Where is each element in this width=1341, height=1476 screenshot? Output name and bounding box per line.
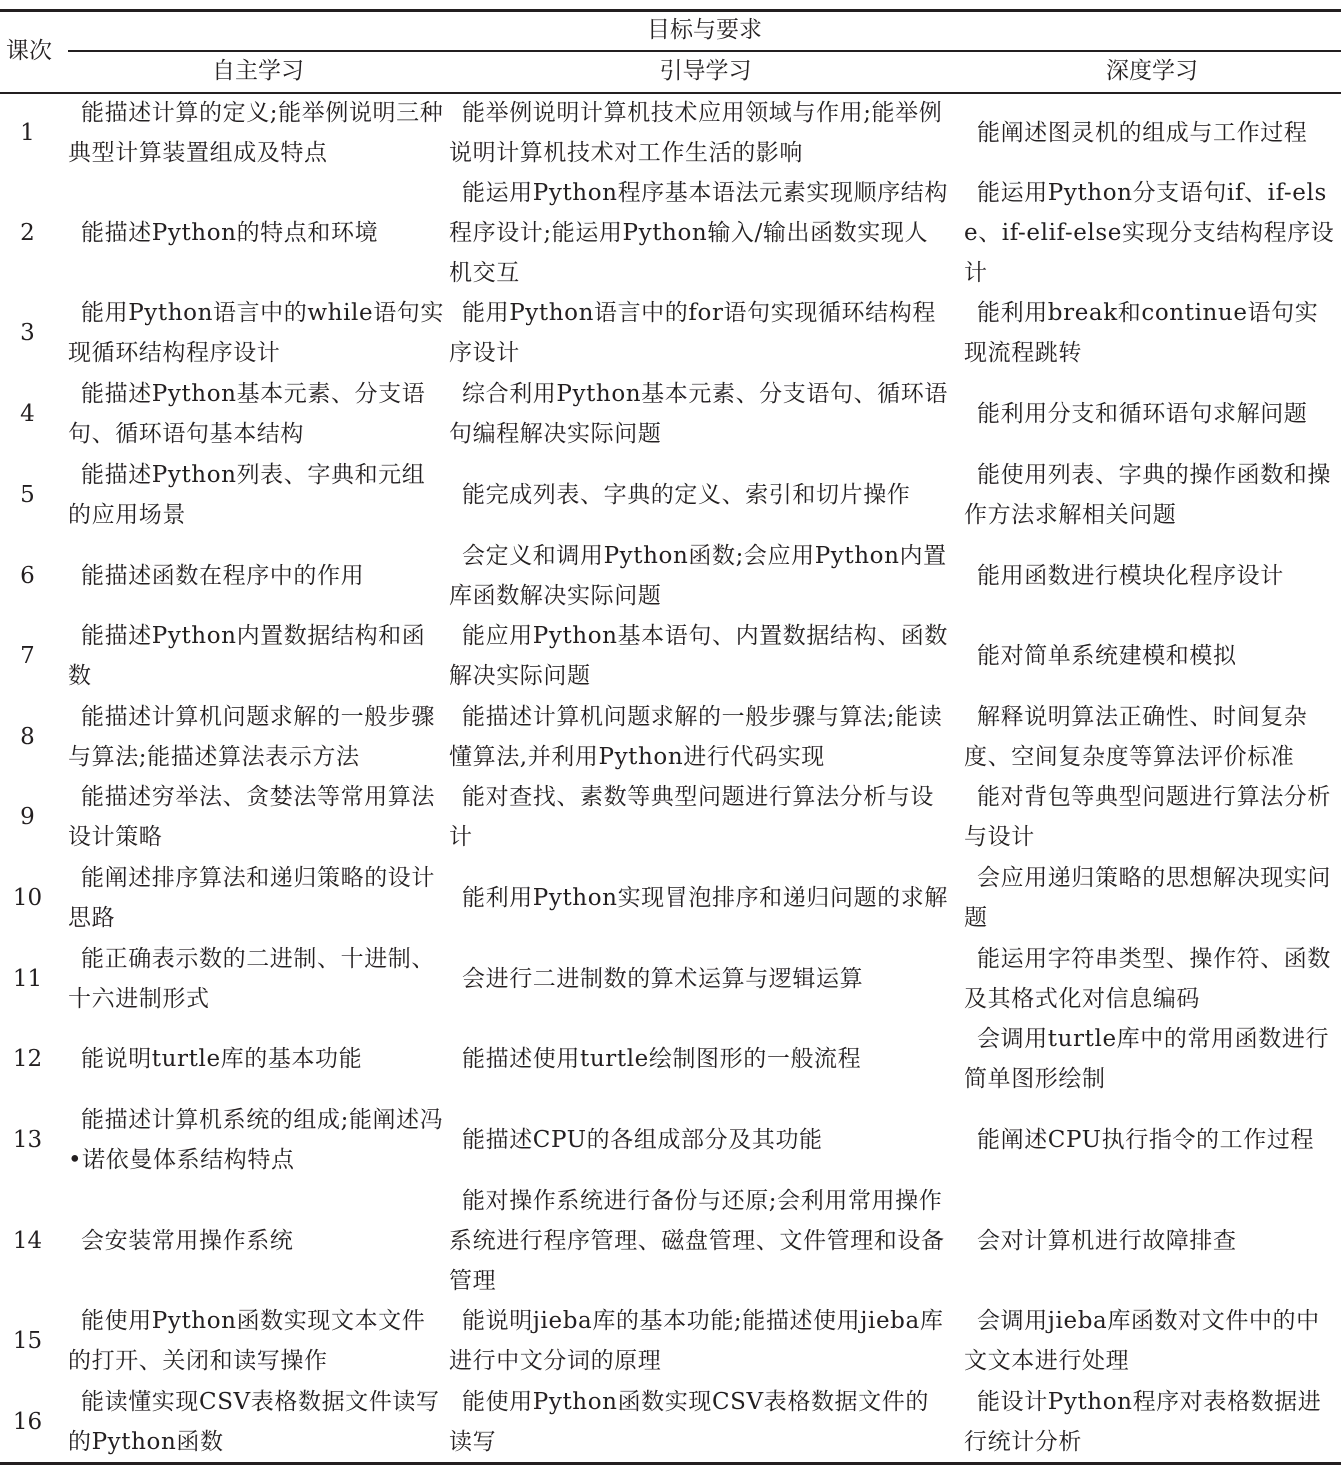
deep-study-cell: 能对简单系统建模和模拟 — [964, 616, 1336, 696]
deep-study-cell: 会应用递归策略的思想解决现实问题 — [964, 857, 1336, 938]
deep-study-cell: 能利用break和continue语句实现流程跳转 — [964, 293, 1336, 373]
self-study-cell-text: 能描述Python列表、字典和元组的应用场景 — [68, 455, 446, 535]
lesson-number: 11 — [0, 938, 55, 1019]
self-study-cell-text: 能读懂实现CSV表格数据文件读写的Python函数 — [68, 1382, 446, 1462]
deep-study-cell: 能运用字符串类型、操作符、函数及其格式化对信息编码 — [964, 938, 1336, 1019]
header-deep-study: 深度学习 — [963, 51, 1341, 91]
guided-study-cell-text: 会定义和调用Python函数;会应用Python内置库函数解决实际问题 — [449, 536, 951, 616]
lesson-number: 8 — [0, 696, 55, 777]
deep-study-cell: 能设计Python程序对表格数据进行统计分析 — [964, 1381, 1336, 1462]
self-study-cell: 会安装常用操作系统 — [68, 1180, 446, 1301]
self-study-cell-text: 能阐述排序算法和递归策略的设计思路 — [68, 858, 446, 938]
deep-study-cell-text: 能用函数进行模块化程序设计 — [964, 556, 1284, 596]
deep-study-cell-text: 能对简单系统建模和模拟 — [964, 636, 1237, 676]
deep-study-cell: 会调用jieba库函数对文件中的中文文本进行处理 — [964, 1301, 1336, 1381]
guided-study-cell: 能描述计算机问题求解的一般步骤与算法;能读懂算法,并利用Python进行代码实现 — [449, 696, 951, 777]
self-study-cell-text: 能描述函数在程序中的作用 — [68, 556, 364, 596]
lesson-number: 12 — [0, 1019, 55, 1099]
self-study-cell-text: 能使用Python函数实现文本文件的打开、关闭和读写操作 — [68, 1301, 446, 1381]
self-study-cell-text: 能描述计算的定义;能举例说明三种典型计算装置组成及特点 — [68, 93, 446, 173]
guided-study-cell: 能完成列表、字典的定义、索引和切片操作 — [449, 454, 951, 535]
guided-study-cell-text: 能使用Python函数实现CSV表格数据文件的读写 — [449, 1382, 951, 1462]
lesson-number: 6 — [0, 535, 55, 616]
deep-study-cell-text: 能利用分支和循环语句求解问题 — [964, 394, 1307, 434]
guided-study-cell-text: 能描述CPU的各组成部分及其功能 — [449, 1120, 823, 1160]
guided-study-cell: 能说明jieba库的基本功能;能描述使用jieba库进行中文分词的原理 — [449, 1301, 951, 1381]
self-study-cell: 能描述函数在程序中的作用 — [68, 535, 446, 616]
deep-study-cell: 会调用turtle库中的常用函数进行简单图形绘制 — [964, 1019, 1336, 1099]
self-study-cell: 能描述计算机问题求解的一般步骤与算法;能描述算法表示方法 — [68, 696, 446, 777]
header-group-title: 目标与要求 — [68, 10, 1341, 50]
self-study-cell: 能说明turtle库的基本功能 — [68, 1019, 446, 1099]
self-study-cell-text: 能描述Python基本元素、分支语句、循环语句基本结构 — [68, 374, 446, 454]
self-study-cell-text: 能描述计算机系统的组成;能阐述冯•诺依曼体系结构特点 — [68, 1100, 446, 1180]
deep-study-cell-text: 能对背包等典型问题进行算法分析与设计 — [964, 777, 1336, 857]
self-study-cell: 能描述穷举法、贪婪法等常用算法设计策略 — [68, 777, 446, 857]
deep-study-cell-text: 能设计Python程序对表格数据进行统计分析 — [964, 1382, 1336, 1462]
self-study-cell: 能正确表示数的二进制、十进制、十六进制形式 — [68, 938, 446, 1019]
deep-study-cell-text: 会应用递归策略的思想解决现实问题 — [964, 858, 1336, 938]
lesson-number: 15 — [0, 1301, 55, 1381]
guided-study-cell: 能利用Python实现冒泡排序和递归问题的求解 — [449, 857, 951, 938]
self-study-cell: 能描述Python列表、字典和元组的应用场景 — [68, 454, 446, 535]
deep-study-cell-text: 能阐述图灵机的组成与工作过程 — [964, 113, 1307, 153]
lesson-number: 4 — [0, 373, 55, 454]
guided-study-cell: 能对查找、素数等典型问题进行算法分析与设计 — [449, 777, 951, 857]
self-study-cell: 能描述Python基本元素、分支语句、循环语句基本结构 — [68, 373, 446, 454]
deep-study-cell-text: 能利用break和continue语句实现流程跳转 — [964, 293, 1336, 373]
guided-study-cell: 能对操作系统进行备份与还原;会利用常用操作系统进行程序管理、磁盘管理、文件管理和… — [449, 1180, 951, 1301]
deep-study-cell: 能阐述CPU执行指令的工作过程 — [964, 1099, 1336, 1180]
deep-study-cell-text: 能运用字符串类型、操作符、函数及其格式化对信息编码 — [964, 939, 1336, 1019]
guided-study-cell-text: 会进行二进制数的算术运算与逻辑运算 — [449, 959, 863, 999]
self-study-cell-text: 能用Python语言中的while语句实现循环结构程序设计 — [68, 293, 446, 373]
self-study-cell: 能描述Python的特点和环境 — [68, 173, 446, 293]
lesson-number: 3 — [0, 293, 55, 373]
deep-study-cell-text: 会对计算机进行故障排查 — [964, 1221, 1237, 1261]
guided-study-cell: 会定义和调用Python函数;会应用Python内置库函数解决实际问题 — [449, 535, 951, 616]
guided-study-cell-text: 综合利用Python基本元素、分支语句、循环语句编程解决实际问题 — [449, 374, 951, 454]
self-study-cell: 能描述Python内置数据结构和函数 — [68, 616, 446, 696]
lesson-number: 13 — [0, 1099, 55, 1180]
deep-study-cell: 解释说明算法正确性、时间复杂度、空间复杂度等算法评价标准 — [964, 696, 1336, 777]
deep-study-cell-text: 会调用turtle库中的常用函数进行简单图形绘制 — [964, 1019, 1336, 1099]
self-study-cell: 能使用Python函数实现文本文件的打开、关闭和读写操作 — [68, 1301, 446, 1381]
self-study-cell-text: 能描述Python的特点和环境 — [68, 213, 378, 253]
lesson-number: 7 — [0, 616, 55, 696]
deep-study-cell: 会对计算机进行故障排查 — [964, 1180, 1336, 1301]
deep-study-cell: 能阐述图灵机的组成与工作过程 — [964, 93, 1336, 173]
deep-study-cell: 能运用Python分支语句if、if-else、if-elif-else实现分支… — [964, 173, 1336, 293]
guided-study-cell: 能描述使用turtle绘制图形的一般流程 — [449, 1019, 951, 1099]
self-study-cell: 能用Python语言中的while语句实现循环结构程序设计 — [68, 293, 446, 373]
lesson-number: 5 — [0, 454, 55, 535]
guided-study-cell-text: 能举例说明计算机技术应用领域与作用;能举例说明计算机技术对工作生活的影响 — [449, 93, 951, 173]
guided-study-cell-text: 能运用Python程序基本语法元素实现顺序结构程序设计;能运用Python输入/… — [449, 173, 951, 293]
lesson-number: 16 — [0, 1381, 55, 1462]
guided-study-cell: 能用Python语言中的for语句实现循环结构程序设计 — [449, 293, 951, 373]
guided-study-cell-text: 能对操作系统进行备份与还原;会利用常用操作系统进行程序管理、磁盘管理、文件管理和… — [449, 1181, 951, 1301]
guided-study-cell: 能举例说明计算机技术应用领域与作用;能举例说明计算机技术对工作生活的影响 — [449, 93, 951, 173]
lesson-number: 14 — [0, 1180, 55, 1301]
guided-study-cell-text: 能描述使用turtle绘制图形的一般流程 — [449, 1039, 861, 1079]
header-guided-study: 引导学习 — [448, 51, 963, 91]
deep-study-cell: 能利用分支和循环语句求解问题 — [964, 373, 1336, 454]
guided-study-cell-text: 能应用Python基本语句、内置数据结构、函数解决实际问题 — [449, 616, 951, 696]
guided-study-cell: 能应用Python基本语句、内置数据结构、函数解决实际问题 — [449, 616, 951, 696]
self-study-cell: 能描述计算的定义;能举例说明三种典型计算装置组成及特点 — [68, 93, 446, 173]
lesson-number: 1 — [0, 93, 55, 173]
header-self-study: 自主学习 — [68, 51, 448, 91]
self-study-cell-text: 能描述Python内置数据结构和函数 — [68, 616, 446, 696]
guided-study-cell-text: 能说明jieba库的基本功能;能描述使用jieba库进行中文分词的原理 — [449, 1301, 951, 1381]
lesson-number: 9 — [0, 777, 55, 857]
deep-study-cell-text: 会调用jieba库函数对文件中的中文文本进行处理 — [964, 1301, 1336, 1381]
deep-study-cell: 能对背包等典型问题进行算法分析与设计 — [964, 777, 1336, 857]
deep-study-cell-text: 能使用列表、字典的操作函数和操作方法求解相关问题 — [964, 455, 1336, 535]
bottom-rule — [0, 1462, 1341, 1465]
guided-study-cell: 能描述CPU的各组成部分及其功能 — [449, 1099, 951, 1180]
self-study-cell-text: 能描述穷举法、贪婪法等常用算法设计策略 — [68, 777, 446, 857]
lesson-number: 2 — [0, 173, 55, 293]
self-study-cell-text: 能说明turtle库的基本功能 — [68, 1039, 362, 1079]
deep-study-cell: 能用函数进行模块化程序设计 — [964, 535, 1336, 616]
deep-study-cell-text: 能运用Python分支语句if、if-else、if-elif-else实现分支… — [964, 173, 1336, 293]
guided-study-cell: 能运用Python程序基本语法元素实现顺序结构程序设计;能运用Python输入/… — [449, 173, 951, 293]
self-study-cell-text: 能正确表示数的二进制、十进制、十六进制形式 — [68, 939, 446, 1019]
self-study-cell: 能描述计算机系统的组成;能阐述冯•诺依曼体系结构特点 — [68, 1099, 446, 1180]
self-study-cell: 能读懂实现CSV表格数据文件读写的Python函数 — [68, 1381, 446, 1462]
self-study-cell-text: 能描述计算机问题求解的一般步骤与算法;能描述算法表示方法 — [68, 697, 446, 777]
guided-study-cell: 综合利用Python基本元素、分支语句、循环语句编程解决实际问题 — [449, 373, 951, 454]
self-study-cell: 能阐述排序算法和递归策略的设计思路 — [68, 857, 446, 938]
deep-study-cell: 能使用列表、字典的操作函数和操作方法求解相关问题 — [964, 454, 1336, 535]
guided-study-cell-text: 能利用Python实现冒泡排序和递归问题的求解 — [449, 878, 948, 918]
deep-study-cell-text: 解释说明算法正确性、时间复杂度、空间复杂度等算法评价标准 — [964, 697, 1336, 777]
self-study-cell-text: 会安装常用操作系统 — [68, 1221, 293, 1261]
deep-study-cell-text: 能阐述CPU执行指令的工作过程 — [964, 1120, 1314, 1160]
guided-study-cell-text: 能完成列表、字典的定义、索引和切片操作 — [449, 475, 910, 515]
guided-study-cell: 会进行二进制数的算术运算与逻辑运算 — [449, 938, 951, 1019]
header-lesson: 课次 — [0, 31, 58, 71]
guided-study-cell-text: 能描述计算机问题求解的一般步骤与算法;能读懂算法,并利用Python进行代码实现 — [449, 697, 951, 777]
guided-study-cell: 能使用Python函数实现CSV表格数据文件的读写 — [449, 1381, 951, 1462]
guided-study-cell-text: 能用Python语言中的for语句实现循环结构程序设计 — [449, 293, 951, 373]
lesson-number: 10 — [0, 857, 55, 938]
guided-study-cell-text: 能对查找、素数等典型问题进行算法分析与设计 — [449, 777, 951, 857]
